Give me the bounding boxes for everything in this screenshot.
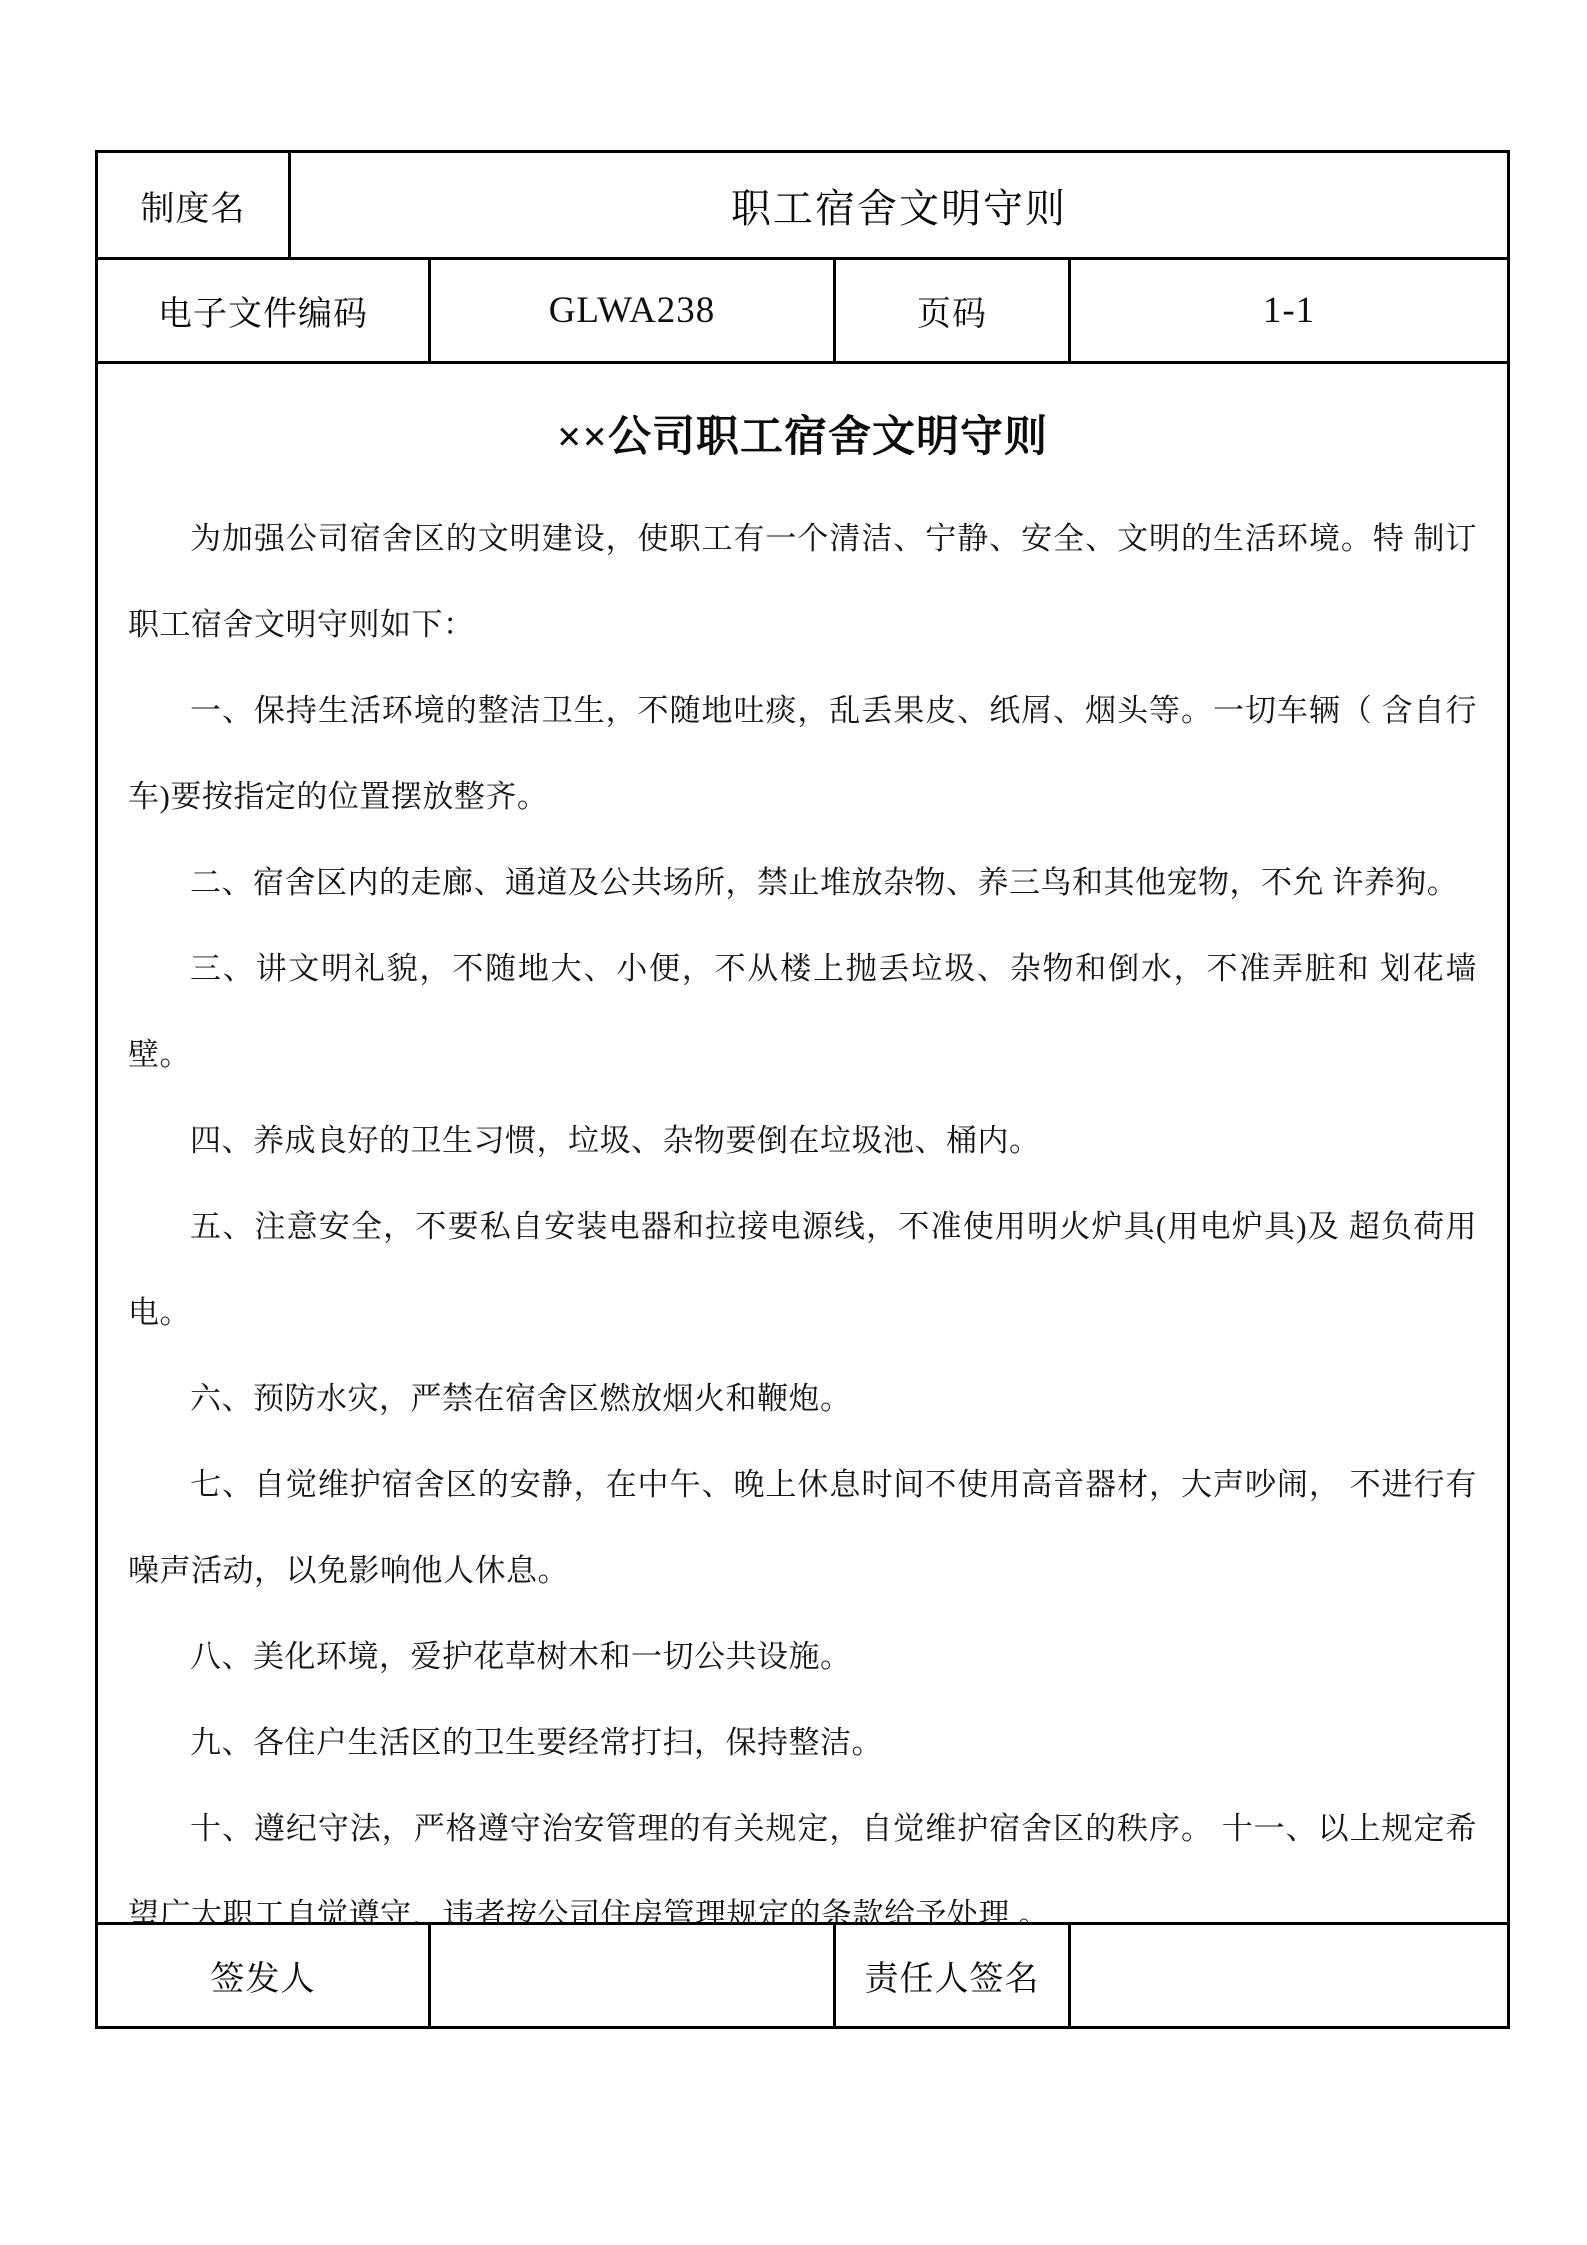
file-code-label: 电子文件编码 (158, 286, 368, 335)
policy-title-cell: 职工宿舍文明守则 (288, 153, 1507, 257)
body-paragraphs: 为加强公司宿舍区的文明建设，使职工有一个清洁、宁静、安全、文明的生活环境。特 制… (128, 496, 1477, 1922)
body-paragraph: 三、讲文明礼貌，不随地大、小便，不从楼上抛丢垃圾、杂物和倒水，不准弄脏和 划花墙… (128, 926, 1477, 1098)
header-row-policy: 制度名 职工宿舍文明守则 (98, 153, 1507, 257)
file-code-label-cell: 电子文件编码 (98, 260, 428, 361)
body-paragraph: 七、自觉维护宿舍区的安静，在中午、晚上休息时间不使用高音器材，大声吵闹， 不进行… (128, 1442, 1477, 1614)
document-title: ××公司职工宿舍文明守则 (128, 398, 1477, 478)
file-code-value: GLWA238 (549, 289, 716, 332)
responsible-signature-cell (1068, 1925, 1507, 2026)
page-number-label: 页码 (917, 286, 987, 335)
page-number-label-cell: 页码 (833, 260, 1068, 361)
document-page: 制度名 职工宿舍文明守则 电子文件编码 GLWA238 页码 1-1 ××公司职… (0, 0, 1587, 2245)
body-paragraph: 六、预防水灾，严禁在宿舍区燃放烟火和鞭炮。 (128, 1356, 1477, 1442)
header-row-code: 电子文件编码 GLWA238 页码 1-1 (98, 257, 1507, 361)
body-paragraph: 为加强公司宿舍区的文明建设，使职工有一个清洁、宁静、安全、文明的生活环境。特 制… (128, 496, 1477, 668)
file-code-value-cell: GLWA238 (428, 260, 833, 361)
body-paragraph: 二、宿舍区内的走廊、通道及公共场所，禁止堆放杂物、养三鸟和其他宠物，不允 许养狗… (128, 840, 1477, 926)
body-paragraph: 十、遵纪守法，严格遵守治安管理的有关规定，自觉维护宿舍区的秩序。 十一、以上规定… (128, 1786, 1477, 1922)
issuer-label-cell: 签发人 (98, 1925, 428, 2026)
policy-name-label: 制度名 (141, 181, 246, 230)
page-number-value-cell: 1-1 (1068, 260, 1507, 361)
body-paragraph: 八、美化环境，爱护花草树木和一切公共设施。 (128, 1614, 1477, 1700)
body-paragraph: 五、注意安全，不要私自安装电器和拉接电源线，不准使用明火炉具(用电炉具)及 超负… (128, 1184, 1477, 1356)
responsible-label: 责任人签名 (865, 1951, 1040, 2000)
body-paragraph: 九、各住户生活区的卫生要经常打扫，保持整洁。 (128, 1700, 1477, 1786)
body-paragraph: 四、养成良好的卫生习惯，垃圾、杂物要倒在垃圾池、桶内。 (128, 1098, 1477, 1184)
page-number-value: 1-1 (1263, 289, 1315, 332)
issuer-label: 签发人 (211, 1951, 316, 2000)
policy-form-table: 制度名 职工宿舍文明守则 电子文件编码 GLWA238 页码 1-1 ××公司职… (95, 150, 1510, 2029)
footer-row-signatures: 签发人 责任人签名 (98, 1922, 1507, 2026)
issuer-signature-cell (428, 1925, 833, 2026)
body-paragraph: 一、保持生活环境的整洁卫生，不随地吐痰，乱丢果皮、纸屑、烟头等。一切车辆（ 含自… (128, 668, 1477, 840)
responsible-label-cell: 责任人签名 (833, 1925, 1068, 2026)
policy-title: 职工宿舍文明守则 (731, 177, 1067, 234)
policy-name-label-cell: 制度名 (98, 153, 288, 257)
document-body-cell: ××公司职工宿舍文明守则 为加强公司宿舍区的文明建设，使职工有一个清洁、宁静、安… (98, 361, 1507, 1922)
